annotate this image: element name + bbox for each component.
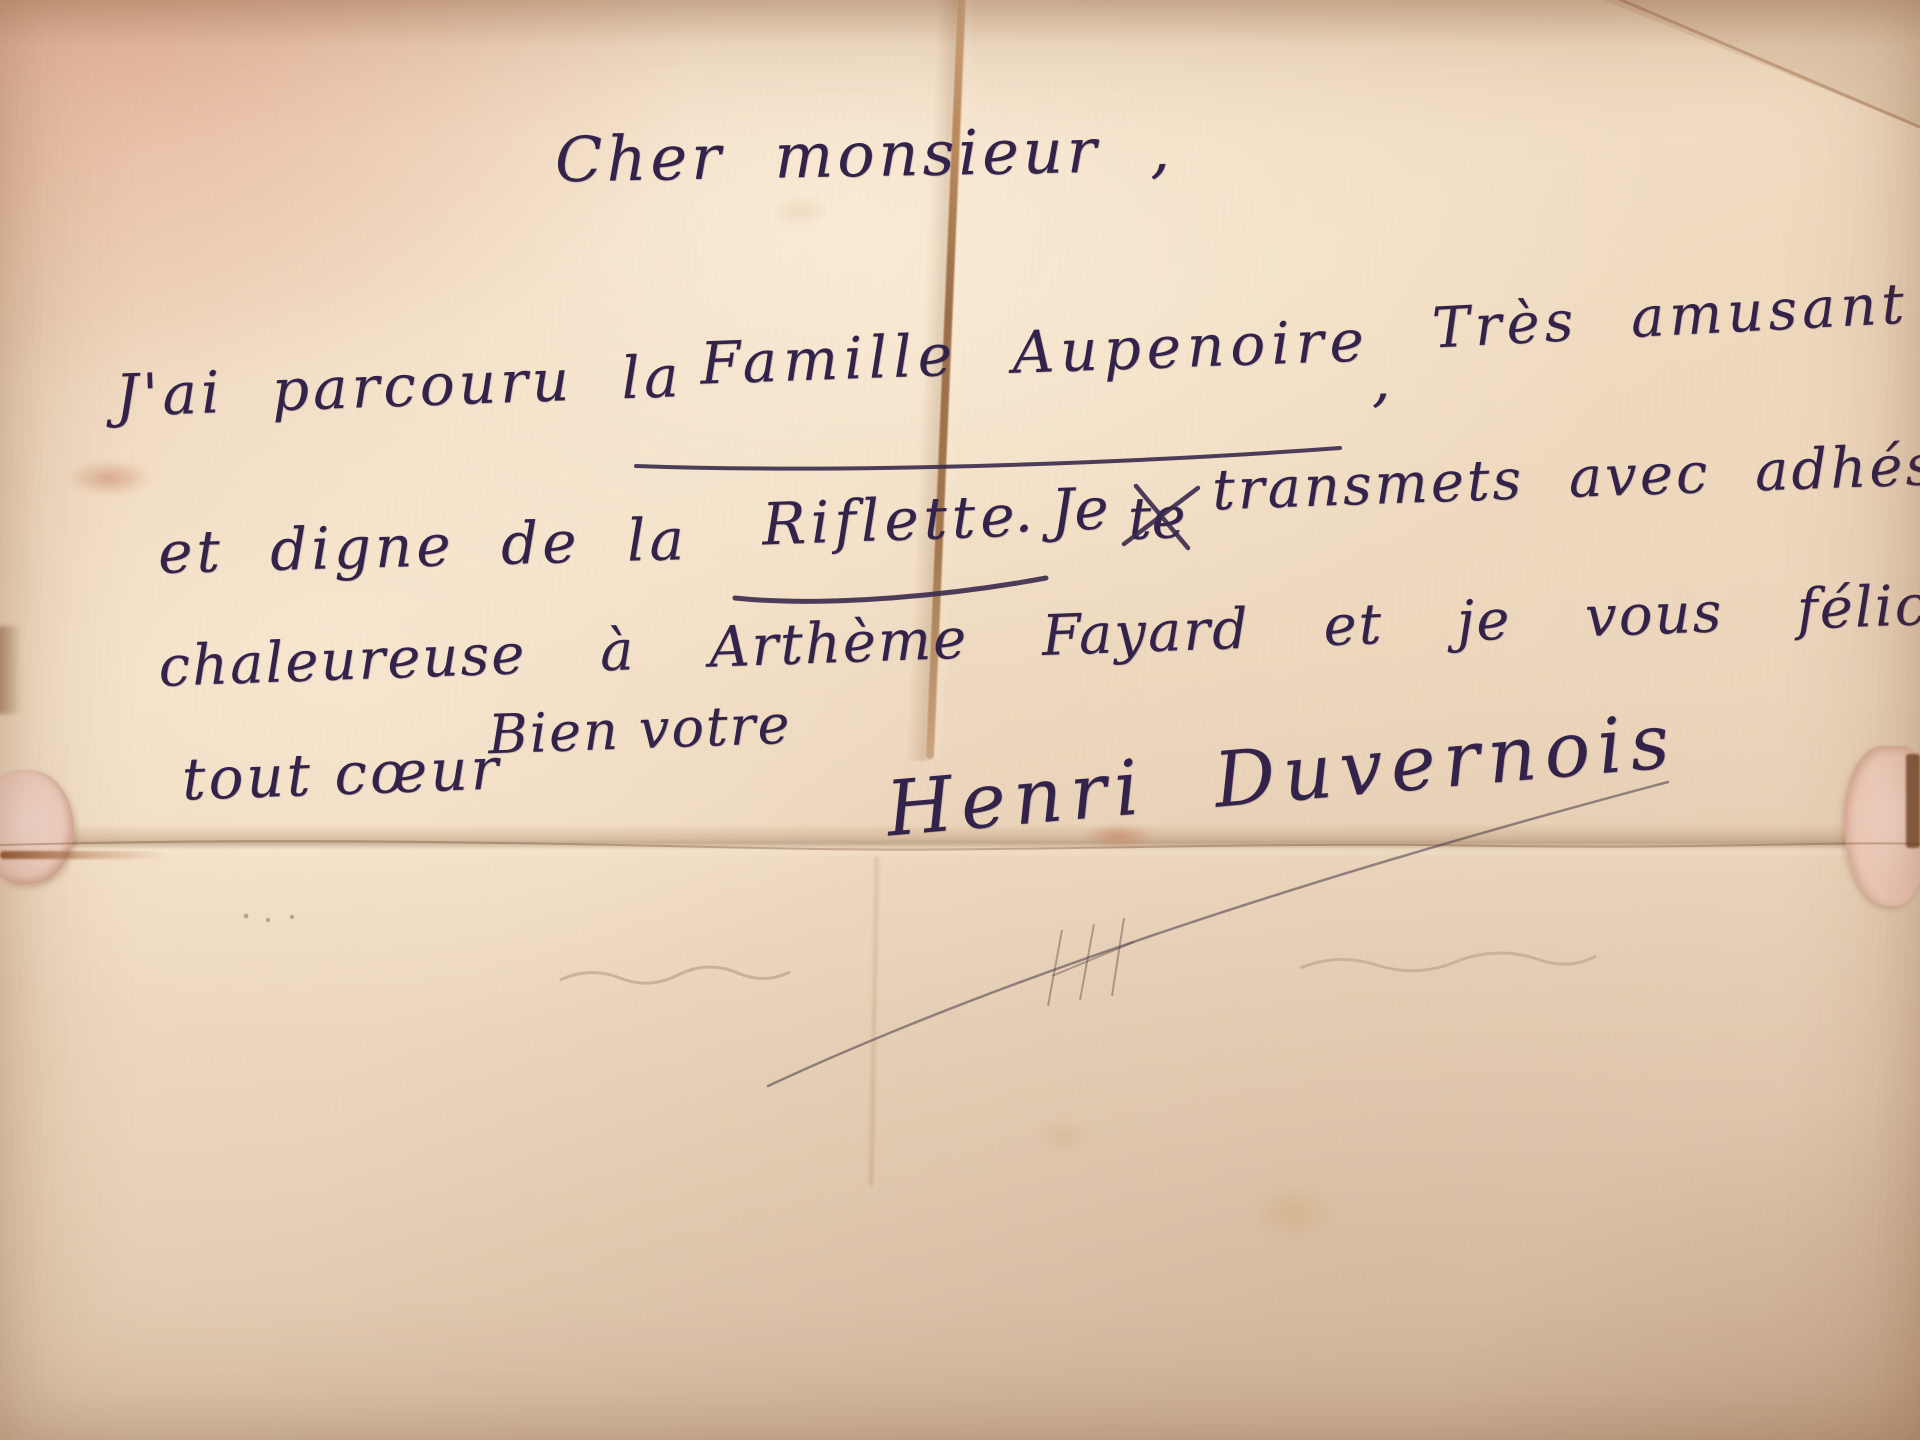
- long-pencil-line: [768, 782, 1668, 1086]
- letter-photo: Cher monsieur , J'ai parcouru la Famille…: [0, 0, 1920, 1440]
- ink-and-pencil-marks-overlay: [0, 0, 1920, 1440]
- horizontal-crease-line: [0, 841, 1920, 850]
- strikethrough-mark: [1124, 486, 1198, 548]
- ghost-scribble-right: [1300, 953, 1596, 971]
- title-underline-famille: [636, 448, 1340, 469]
- faint-ink-dots: [244, 914, 295, 923]
- pencil-hatch-marks: [1048, 918, 1134, 1006]
- title-underline-riflette: [735, 578, 1046, 601]
- corner-fold-crease-line: [1612, 0, 1920, 128]
- ghost-scribble-left: [560, 967, 790, 983]
